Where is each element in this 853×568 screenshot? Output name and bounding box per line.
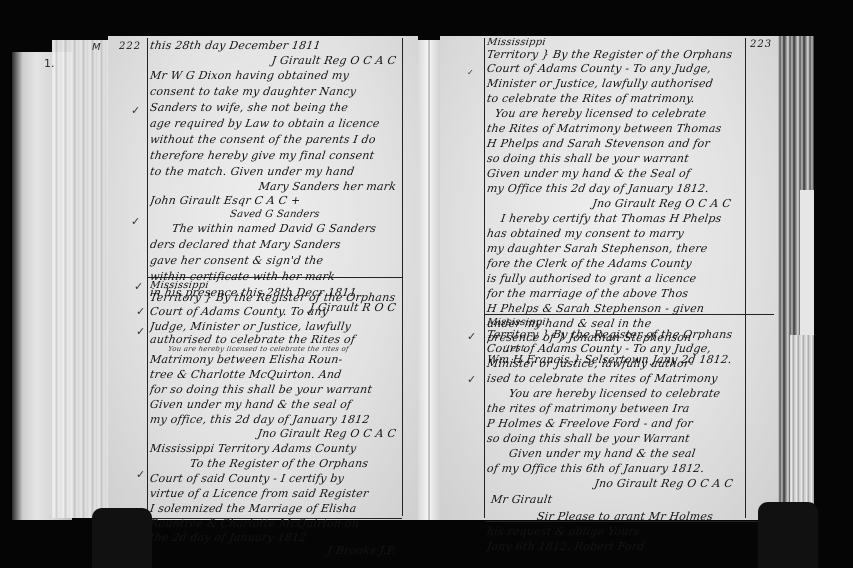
entry-line: virtue of a Licence from said Register bbox=[149, 486, 403, 501]
entry-line: Minister or Justice, lawfully authorised bbox=[486, 76, 748, 91]
entry-line: P Holmes & Freelove Ford - and for bbox=[486, 416, 750, 431]
entry-line: to the match. Given under my hand bbox=[149, 164, 403, 180]
entry-line: The within named David G Sanders bbox=[149, 221, 403, 237]
tab-mark: M bbox=[92, 42, 101, 53]
entry-line: of my Office this 6th of January 1812. bbox=[486, 461, 750, 476]
registrar-signature: J Girault Reg O C A C bbox=[149, 54, 403, 68]
entry-line: Court of Adams County - To any Judge, bbox=[486, 341, 750, 356]
page-stack-right-lower bbox=[790, 335, 814, 521]
check-mark: ✓ bbox=[131, 104, 140, 117]
entry-line: Minister or Justice, lawfully author- bbox=[486, 356, 750, 371]
entry-line: authorised to celebrate the Rites of bbox=[149, 334, 403, 346]
entry-line: is fully authorised to grant a licence bbox=[486, 271, 748, 286]
entry-line: therefore hereby give my final consent bbox=[149, 148, 403, 164]
mother-mark-signature: Mary Sanders her mark bbox=[149, 180, 403, 194]
entry-line: Territory } By the Register of the Orpha… bbox=[486, 48, 748, 61]
check-mark: ✓ bbox=[467, 330, 476, 343]
entry-line: fore the Clerk of the Adams County bbox=[486, 256, 748, 271]
letter-body: Sir Please to grant Mr Holmes bbox=[486, 509, 750, 524]
left-entry-rountree-mcquirton: Mississippi Territory } By the Register … bbox=[150, 281, 402, 558]
entry-line: Territory } By the Register of the Orpha… bbox=[149, 291, 403, 304]
entry-line: consent to take my daughter Nancy bbox=[149, 84, 403, 100]
entry-line: to celebrate the Rites of matrimony. bbox=[486, 91, 748, 106]
check-mark: ✓ bbox=[136, 325, 145, 338]
entry-line: Given under my hand & the Seal of bbox=[486, 166, 748, 181]
right-entry-holmes-ford: Mississippi Territory } By the Register … bbox=[487, 318, 749, 554]
entry-line: so doing this shall be your warrant bbox=[486, 151, 748, 166]
entry-line: this 28th day December 1811 bbox=[149, 38, 403, 54]
witness-signature: Saved G Sanders bbox=[149, 208, 403, 221]
entry-line: Mr W G Dixon having obtained my bbox=[149, 68, 403, 84]
entry-line: Court of Adams County - To any Judge, bbox=[486, 61, 748, 76]
book-clip-right bbox=[758, 502, 818, 568]
entry-line: the rites of matrimony between Ira bbox=[486, 401, 750, 416]
entry-line: age required by Law to obtain a licence bbox=[149, 116, 403, 132]
book-gutter bbox=[418, 40, 440, 520]
entry-line: Given under my hand & the seal bbox=[486, 446, 750, 461]
registrar-signature: Jno Girault Reg O C A C bbox=[149, 427, 403, 441]
page-number-left: 222 bbox=[119, 41, 141, 52]
addressee-line: John Girault Esqr C A C + bbox=[149, 194, 403, 208]
check-mark: ✓ bbox=[467, 68, 474, 77]
entry-line: Given under my hand & the seal of bbox=[149, 397, 403, 412]
justice-signature: J Brooks J.P. bbox=[149, 544, 403, 558]
entry-line: To the Register of the Orphans bbox=[149, 456, 403, 471]
entry-line: the 2d day of January 1812 bbox=[149, 531, 403, 544]
jurisdiction-heading: Mississippi bbox=[486, 318, 749, 328]
page-stack-left bbox=[52, 40, 110, 518]
entry-line: Judge, Minister or Justice, lawfully bbox=[149, 319, 403, 334]
entry-line: Court of Adams County. To any bbox=[149, 304, 403, 319]
letter-date-signature: Jany 6th 1812. Robert Ford bbox=[486, 539, 750, 554]
entry-line: my daughter Sarah Stephenson, there bbox=[486, 241, 748, 256]
check-mark: ✓ bbox=[136, 305, 145, 318]
registrar-signature: Jno Girault Reg O C A C bbox=[486, 476, 750, 491]
left-entry-dixon-sanders-consent: this 28th day December 1811 J Girault Re… bbox=[150, 38, 402, 314]
entry-line: H Phelps & Sarah Stephenson - given bbox=[486, 301, 748, 316]
letter-salutation: Mr Girault bbox=[486, 491, 751, 509]
entry-line: Territory } By the Register of the Orpha… bbox=[486, 328, 750, 341]
entry-line: ders declared that Mary Sanders bbox=[149, 237, 403, 253]
entry-line: for the marriage of the above Thos bbox=[486, 286, 748, 301]
book-clip-left bbox=[92, 508, 152, 568]
entry-line: my Office this 2d day of January 1812. bbox=[486, 181, 748, 196]
entry-line: Mississippi Territory Adams County bbox=[149, 441, 403, 456]
entry-line: the Rites of Matrimony between Thomas bbox=[486, 121, 748, 136]
entry-line: so doing this shall be your Warrant bbox=[486, 431, 750, 446]
entry-line: my office, this 2d day of January 1812 bbox=[149, 412, 403, 427]
entry-line: I hereby certify that Thomas H Phelps bbox=[486, 211, 748, 226]
entry-line: without the consent of the parents I do bbox=[149, 132, 403, 148]
check-mark: ✓ bbox=[467, 373, 476, 386]
check-mark: ✓ bbox=[134, 280, 143, 293]
entry-line: Court of said County - I certify by bbox=[149, 471, 403, 486]
entry-line: H Phelps and Sarah Stevenson and for bbox=[486, 136, 748, 151]
check-mark: ✓ bbox=[136, 468, 145, 481]
entry-line: gave her consent & sign'd the bbox=[149, 253, 403, 269]
jurisdiction-heading: Mississippi bbox=[486, 38, 747, 48]
page-number-right: 223 bbox=[750, 39, 772, 50]
registrar-signature: Jno Girault Reg O C A C bbox=[486, 196, 748, 211]
margin-label: 1. bbox=[44, 57, 55, 70]
entry-line: You are hereby licensed to celebrate bbox=[486, 106, 748, 121]
check-mark: ✓ bbox=[131, 215, 140, 228]
entry-line: Sanders to wife, she not being the bbox=[149, 100, 403, 116]
scanned-ledger-spread: 1. M 222 223 ✓ ✓ ✓ ✓ ✓ ✓ ✓ ✓ ✓ this 28th… bbox=[0, 0, 853, 568]
jurisdiction-heading: Mississippi bbox=[149, 281, 402, 291]
entry-line: Matrimony between Elisha Roun- bbox=[149, 353, 403, 367]
entry-line: You are hereby licensed to celebrate bbox=[486, 386, 750, 401]
interlinear-note: You are hereby licensed to celebrate the… bbox=[150, 346, 403, 353]
letter-body: his request & oblige Yours bbox=[486, 524, 750, 539]
entry-line: ised to celebrate the rites of Matrimony bbox=[486, 371, 750, 386]
entry-line: for so doing this shall be your warrant bbox=[149, 382, 403, 397]
entry-line: tree & Charlotte McQuirton. And bbox=[149, 367, 403, 382]
entry-line: has obtained my consent to marry bbox=[486, 226, 748, 241]
entry-line: I solemnized the Marriage of Elisha bbox=[149, 501, 403, 516]
entry-line: Rountree & Charlotte McQuirton on bbox=[149, 516, 403, 531]
